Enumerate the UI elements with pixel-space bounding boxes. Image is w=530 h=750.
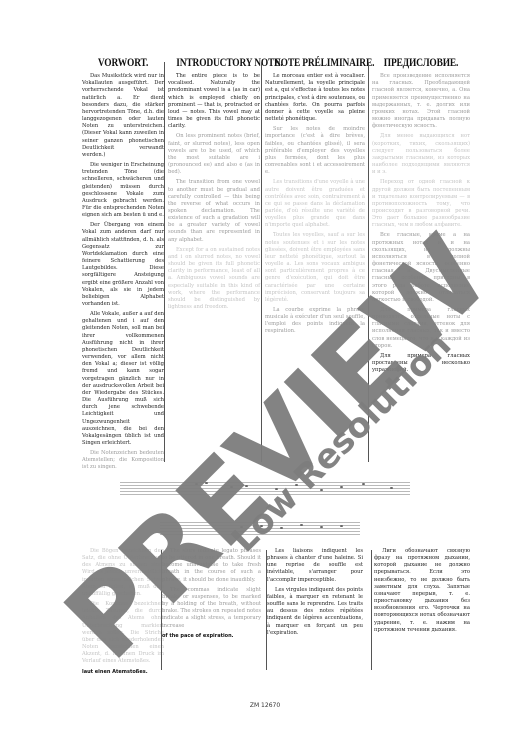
heading-vorwort: VORWORT.	[89, 60, 156, 67]
music-note	[340, 525, 343, 527]
paragraph: The entire piece is to be vocalised. Nat…	[168, 73, 260, 130]
music-note	[390, 487, 393, 489]
paragraph: Das Musikstück wird nur in Vokallauten a…	[82, 73, 164, 159]
column-english: INTRODUCTORY NOTE. The entire piece is t…	[168, 60, 260, 314]
paragraph: Все произведение исполняется на гласных.…	[372, 73, 470, 130]
heading-predislovie: ПРЕДИСЛОВИЕ.	[381, 60, 461, 67]
paragraph: Die weniger in Erscheinung tretenden Tön…	[82, 162, 164, 219]
paragraph: Лиги обозначают связную фразу на протяжн…	[374, 548, 470, 634]
music-note	[320, 526, 323, 528]
music-note	[300, 524, 303, 526]
paragraph: Der Übergang von einem Vokal zum anderen…	[82, 222, 164, 308]
catalog-number: ZM 12670	[0, 702, 530, 709]
paragraph: Sur les notes de moindre importance (c'e…	[265, 126, 365, 176]
music-note	[340, 486, 343, 488]
paragraph: Для менее выдающихся нот (коротких, тихи…	[372, 133, 470, 176]
paragraph: On less prominent notes (brief, faint, o…	[168, 133, 260, 176]
column-divider	[371, 550, 372, 670]
column-divider	[164, 62, 165, 462]
score-preface-page: VORWORT. Das Musikstück wird nur in Voka…	[0, 0, 530, 750]
paragraph: Except for a on sustained notes and i on…	[168, 247, 260, 311]
column-russian-lower: Лиги обозначают связную фразу на протяжн…	[374, 548, 470, 637]
column-divider	[266, 550, 267, 670]
paragraph: Die Notenzeichen bedeuten Atemstellen; d…	[82, 450, 164, 471]
paragraph: Les transitions d'une voyelle à une autr…	[265, 179, 365, 229]
column-german: VORWORT. Das Musikstück wird nur in Voka…	[82, 60, 164, 475]
heading-note-preliminaire: NOTE PRÉLIMINAIRE.	[274, 60, 356, 67]
heading-introductory-note: INTRODUCTORY NOTE.	[176, 60, 251, 67]
paragraph: Alle Vokale, außer a auf den gehaltenen …	[82, 311, 164, 447]
paragraph: The transition from one vowel to another…	[168, 179, 260, 243]
music-note	[362, 483, 365, 485]
column-french-lower: Les liaisons indiquent les phrases à cha…	[267, 548, 363, 640]
paragraph: Les liaisons indiquent les phrases à cha…	[267, 548, 363, 584]
paragraph: Le morceau entier est à vocaliser. Natur…	[265, 73, 365, 123]
paragraph: Les virgules indiquent des points faible…	[267, 587, 363, 637]
